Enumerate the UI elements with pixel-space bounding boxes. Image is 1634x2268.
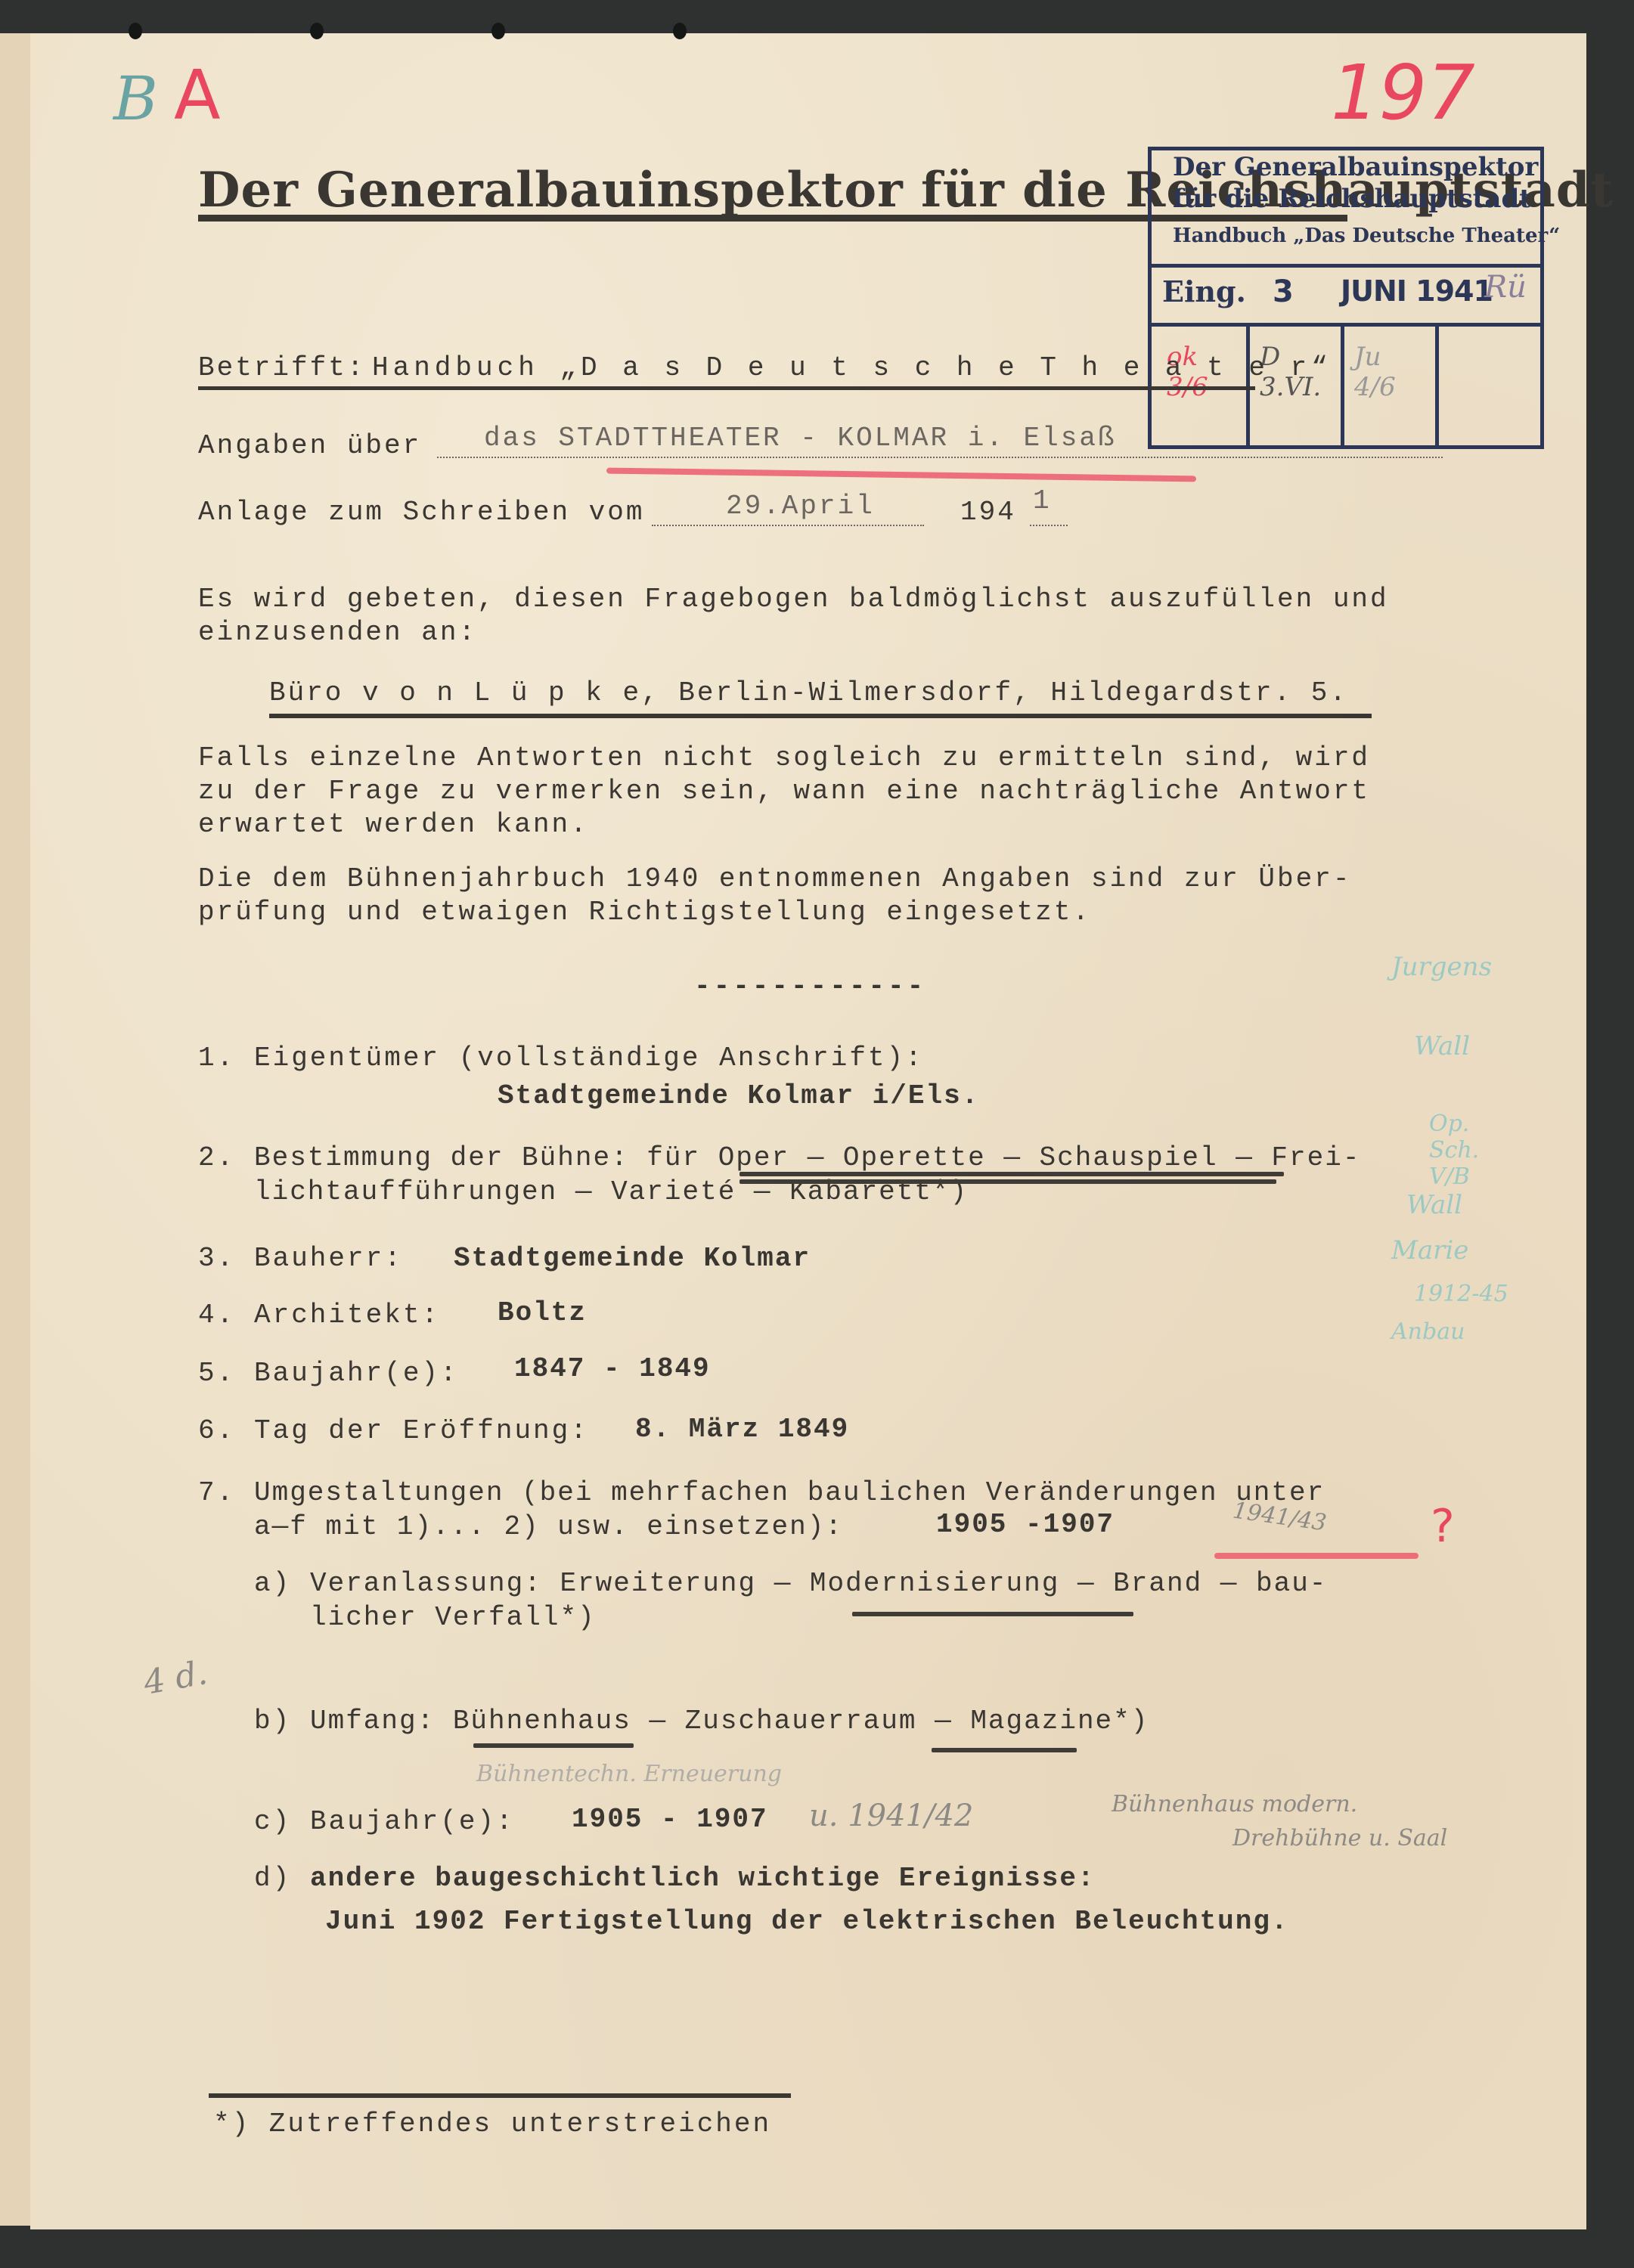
pencil-mark: B: [113, 64, 158, 134]
sub-c-answer[interactable]: 1905 - 1907: [572, 1804, 768, 1835]
sub-a-underline: [852, 1612, 1133, 1616]
right-margin-note: Anbau: [1391, 1318, 1465, 1345]
sub-c-key: c): [254, 1806, 291, 1837]
anlage-date-line: [652, 525, 924, 526]
intro-note2-line2: prüfung und etwaigen Richtigstellung ein…: [198, 897, 1091, 928]
q5-num: 5.: [198, 1358, 235, 1389]
angaben-value[interactable]: das STADTTHEATER - KOLMAR i. Elsaß: [484, 423, 1117, 454]
sub-c-pencil-note: u. 1941/42: [809, 1799, 973, 1833]
stamp-cell-3: Ju 4/6: [1341, 327, 1439, 445]
q5-answer[interactable]: 1847 - 1849: [514, 1353, 711, 1384]
sub-b-underline-magazine: [932, 1748, 1077, 1752]
intro-request-line2: einzusenden an:: [198, 617, 477, 648]
q7-num: 7.: [198, 1477, 235, 1508]
right-margin-note: 1912-45: [1414, 1281, 1508, 1307]
red-underline-q7: [1214, 1553, 1419, 1559]
stamp-header: Der Generalbauinspektor für die Reichsha…: [1152, 150, 1540, 268]
sub-c-label: Baujahr(e):: [310, 1806, 515, 1837]
subject-label: Betrifft:: [198, 352, 365, 383]
q7-answer[interactable]: 1905 -1907: [936, 1509, 1115, 1540]
angaben-fill-line: [437, 457, 1443, 458]
received-stamp: Der Generalbauinspektor für die Reichsha…: [1148, 147, 1544, 449]
page-number: 197: [1331, 48, 1475, 137]
sub-d-line1: andere baugeschichtlich wichtige Ereigni…: [310, 1863, 1096, 1894]
sub-b-underline-buehnenhaus: [473, 1743, 634, 1748]
sub-d-answer[interactable]: Juni 1902 Fertigstellung der elektrische…: [325, 1906, 1289, 1937]
right-margin-note: Wall: [1414, 1031, 1470, 1061]
right-margin-note: Wall: [1406, 1190, 1462, 1220]
binder-hole: [491, 23, 505, 39]
intro-address: Büro v o n L ü p k e, Berlin-Wilmersdorf…: [269, 677, 1348, 708]
sub-a-line2: licher Verfall*): [310, 1602, 596, 1633]
sub-d-key: d): [254, 1863, 291, 1894]
intro-note1-line3: erwartet werden kann.: [198, 809, 589, 840]
sub-a-line1: Veranlassung: Erweiterung — Modernisieru…: [310, 1568, 1327, 1599]
right-margin-note: Marie: [1391, 1235, 1468, 1266]
binder-hole: [129, 23, 142, 39]
section-separator: ------------: [694, 971, 926, 1002]
stamp-line3: Handbuch „Das Deutsche Theater“: [1173, 225, 1560, 247]
sub-a-key: a): [254, 1568, 291, 1599]
q6-num: 6.: [198, 1415, 235, 1446]
address-underline: [269, 714, 1372, 718]
q1-label: Eigentümer (vollständige Anschrift):: [254, 1043, 924, 1074]
anlage-date[interactable]: 29.April: [726, 491, 875, 522]
q2-num: 2.: [198, 1142, 235, 1173]
anlage-year-line: [1030, 525, 1068, 526]
stamp-month-year: JUNI 1941: [1341, 274, 1493, 308]
subject-value: Handbuch „D a s D e u t s c h e T h e a …: [372, 352, 1332, 383]
stamp-cell-2: D 3.VI.: [1246, 327, 1344, 445]
stamp-line2: für die Reichshauptstadt: [1173, 184, 1531, 214]
q2-underline-double: [739, 1179, 1276, 1184]
previous-page-edge: [0, 33, 32, 2226]
stamp-cell-4: [1435, 327, 1533, 445]
q7-label-line2: a—f mit 1)... 2) usw. einsetzen):: [254, 1511, 843, 1542]
q1-num: 1.: [198, 1043, 235, 1074]
left-margin-note: 4 d.: [141, 1653, 210, 1703]
q3-num: 3.: [198, 1243, 235, 1274]
intro-note1-line1: Falls einzelne Antworten nicht sogleich …: [198, 742, 1370, 773]
intro-note1-line2: zu der Frage zu vermerken sein, wann ein…: [198, 776, 1370, 807]
q3-label: Bauherr:: [254, 1243, 403, 1274]
binder-hole: [310, 23, 324, 39]
red-letter-mark: A: [174, 56, 221, 135]
stamp-initials: Rü: [1484, 270, 1527, 305]
stamp-line1: Der Generalbauinspektor: [1173, 152, 1538, 182]
q6-label: Tag der Eröffnung:: [254, 1415, 589, 1446]
sub-b-key: b): [254, 1706, 291, 1737]
footnote: *) Zutreffendes unterstreichen: [213, 2108, 771, 2139]
stamp-received-row: Eing. 3 JUNI 1941 Rü: [1152, 264, 1540, 327]
intro-note2-line1: Die dem Bühnenjahrbuch 1940 entnommenen …: [198, 863, 1351, 894]
sub-b-pencil-note: Bühnentechn. Erneuerung: [476, 1761, 782, 1787]
q3-answer[interactable]: Stadtgemeinde Kolmar: [454, 1243, 811, 1274]
binder-hole: [673, 23, 687, 39]
red-underline-angaben: [606, 468, 1196, 482]
q4-answer[interactable]: Boltz: [498, 1297, 587, 1328]
stamp-day: 3: [1273, 274, 1294, 309]
angaben-label: Angaben über: [198, 430, 421, 461]
anlage-year-prefix: 194: [960, 497, 1016, 528]
q1-answer[interactable]: Stadtgemeinde Kolmar i/Els.: [498, 1080, 979, 1111]
right-margin-note: Op. Sch. V/B: [1429, 1111, 1520, 1190]
document-page: B A 197 Der Generalbauinspektor für die …: [30, 33, 1586, 2229]
q6-answer[interactable]: 8. März 1849: [635, 1414, 849, 1445]
subject-underline: [198, 386, 1255, 390]
stamp-received-label: Eing.: [1162, 274, 1246, 308]
footnote-rule: [209, 2093, 791, 2098]
anlage-year-suffix[interactable]: 1: [1033, 485, 1052, 516]
q2-underline: [739, 1172, 1284, 1176]
q4-num: 4.: [198, 1300, 235, 1331]
q4-label: Architekt:: [254, 1300, 440, 1331]
sub-c-pencil-note2-line1: Bühnenhaus modern.: [1112, 1791, 1357, 1817]
sub-c-pencil-note2-line2: Drehbühne u. Saal: [1232, 1825, 1447, 1851]
intro-request-line1: Es wird gebeten, diesen Fragebogen baldm…: [198, 584, 1389, 615]
q7-label-line1: Umgestaltungen (bei mehrfachen baulichen…: [254, 1477, 1325, 1508]
q2-label-line1: Bestimmung der Bühne: für Oper — Operett…: [254, 1142, 1360, 1173]
sub-b-line1: Umfang: Bühnenhaus — Zuschauerraum — Mag…: [310, 1706, 1149, 1737]
q7-red-question-mark: ?: [1431, 1500, 1455, 1553]
anlage-label: Anlage zum Schreiben vom: [198, 497, 644, 528]
right-margin-note: Jurgens: [1391, 952, 1492, 982]
q5-label: Baujahr(e):: [254, 1358, 459, 1389]
